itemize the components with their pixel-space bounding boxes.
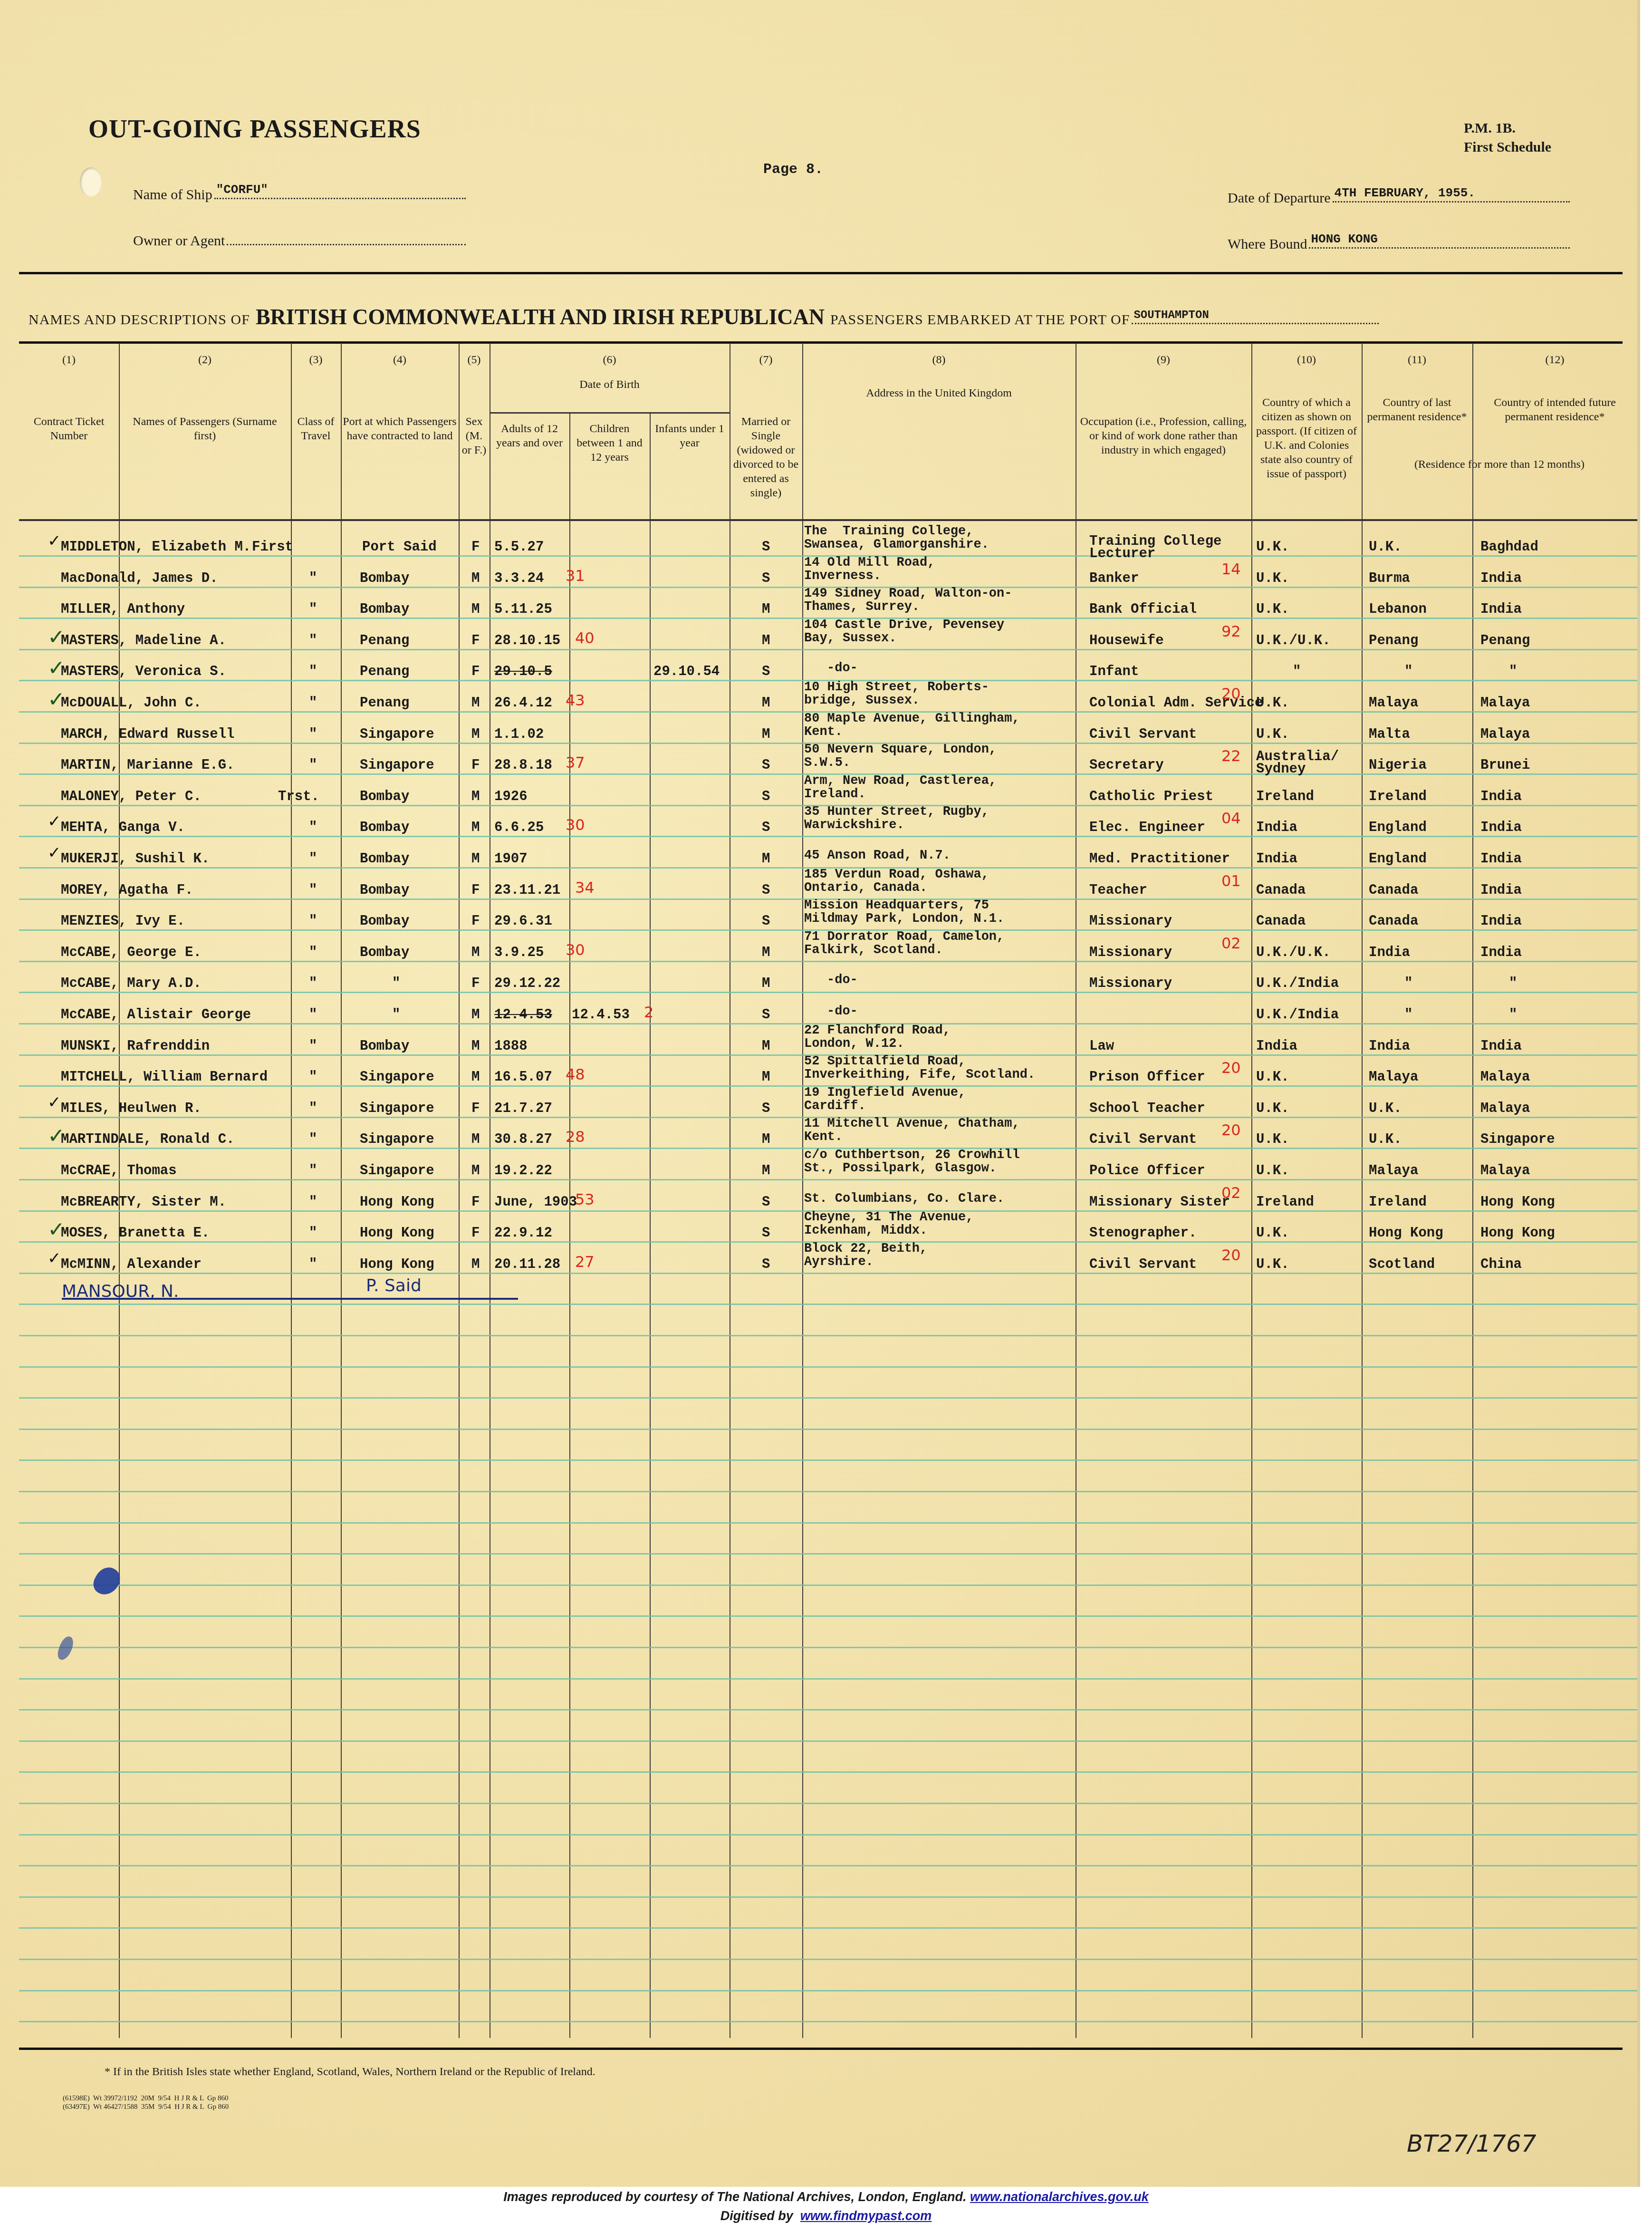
last-residence: " <box>1404 976 1412 991</box>
last-residence: " <box>1404 1007 1412 1023</box>
travel-class: " <box>309 757 317 773</box>
passenger-name: MILES, Heulwen R. <box>61 1101 202 1116</box>
sex: F <box>471 757 480 773</box>
ruled-line <box>19 1990 1637 1991</box>
column-label: Address in the United Kingdom <box>804 386 1074 400</box>
citizenship: U.K. <box>1256 1163 1289 1179</box>
occupation: Elec. Engineer <box>1089 820 1205 835</box>
sex: M <box>471 945 480 960</box>
citizenship: U.K./India <box>1256 1007 1339 1023</box>
marital-status: S <box>762 1007 770 1023</box>
uk-address: 52 Spittalfield Road, Inverkeithing, Fif… <box>804 1055 1035 1082</box>
age-annotation: 43 <box>566 691 585 709</box>
uk-address: 14 Old Mill Road, Inverness. <box>804 556 935 583</box>
landing-port: Penang <box>360 633 409 648</box>
marital-status: M <box>762 601 770 617</box>
future-residence: Malaya <box>1480 1101 1530 1116</box>
landing-port: Bombay <box>360 820 409 835</box>
column-label: Occupation (i.e., Profession, calling, o… <box>1077 415 1249 457</box>
landing-port: Hong Kong <box>360 1256 434 1272</box>
divider <box>19 272 1623 274</box>
last-residence: Hong Kong <box>1369 1225 1443 1241</box>
uk-address: Mission Headquarters, 75 Mildmay Park, L… <box>804 899 1004 926</box>
ruled-line <box>19 1429 1637 1430</box>
marital-status: S <box>762 570 770 586</box>
sex: M <box>471 695 480 711</box>
dob-adult: June, 1903 <box>494 1194 577 1210</box>
future-residence: India <box>1480 789 1522 804</box>
dob-infant: 29.10.54 <box>653 664 720 679</box>
citizenship: U.K. <box>1256 1131 1289 1147</box>
column-number: (5) <box>461 353 488 367</box>
dob-adult: 28.8.18 <box>494 757 552 773</box>
landing-port: Bombay <box>360 601 409 617</box>
column-number: (10) <box>1253 353 1360 367</box>
occupation-annotation: 01 <box>1221 872 1241 890</box>
citizenship: U.K./U.K. <box>1256 633 1331 648</box>
column-header: (2)Names of Passengers (Surname first) <box>121 353 289 443</box>
travel-class: " <box>309 570 317 586</box>
future-residence: India <box>1480 945 1522 960</box>
column-header: (5)Sex (M. or F.) <box>461 353 488 457</box>
passenger-row: ✓MASTERS, Madeline A."PenangF28.10.1540M… <box>19 622 1637 654</box>
uk-address: 11 Mitchell Avenue, Chatham, Kent. <box>804 1117 1020 1144</box>
occupation: Prison Officer <box>1089 1069 1205 1085</box>
uk-address: -do- <box>827 662 858 675</box>
ruled-line <box>19 2021 1637 2022</box>
passenger-table: (1)Contract Ticket Number(2)Names of Pas… <box>19 343 1637 2038</box>
ruled-line <box>19 1896 1637 1898</box>
landing-port: Singapore <box>360 1163 434 1179</box>
travel-class: " <box>309 976 317 991</box>
check-mark-icon: ✓ <box>48 531 61 551</box>
sex: F <box>471 539 480 555</box>
landing-port: Bombay <box>360 570 409 586</box>
future-residence: Hong Kong <box>1480 1225 1555 1241</box>
passenger-name: McCRAE, Thomas <box>61 1163 177 1179</box>
citizenship: India <box>1256 1038 1297 1054</box>
occupation: Missionary Sister <box>1089 1194 1230 1210</box>
travel-class: " <box>309 851 317 867</box>
age-annotation: 34 <box>575 879 595 897</box>
landing-port: Singapore <box>360 726 434 742</box>
sex: F <box>471 664 480 679</box>
future-residence: Malaya <box>1480 695 1530 711</box>
travel-class: " <box>309 1069 317 1085</box>
marital-status: M <box>762 1131 770 1147</box>
uk-address: 50 Nevern Square, London, S.W.5. <box>804 743 997 770</box>
sex: M <box>471 570 480 586</box>
landing-port: Bombay <box>360 882 409 898</box>
citizenship: U.K./U.K. <box>1256 945 1331 960</box>
banner-main: BRITISH COMMONWEALTH AND IRISH REPUBLICA… <box>256 304 825 329</box>
last-residence: U.K. <box>1369 539 1402 555</box>
occupation-annotation: 22 <box>1221 747 1241 765</box>
last-residence: Ireland <box>1369 789 1427 804</box>
column-header: (7)Married or Single (widowed or divorce… <box>731 353 800 500</box>
sex: M <box>471 851 480 867</box>
future-residence: Baghdad <box>1480 539 1538 555</box>
landing-port: Bombay <box>360 945 409 960</box>
passenger-row: McCABE, Mary A.D.""F29.12.22M-do-Mission… <box>19 965 1637 996</box>
ruled-line <box>19 1647 1637 1648</box>
occupation: Stenographer. <box>1089 1225 1197 1241</box>
travel-class: " <box>309 1163 317 1179</box>
owner-label: Owner or Agent <box>133 233 225 249</box>
sex: F <box>471 882 480 898</box>
travel-class: " <box>309 1256 317 1272</box>
marital-status: S <box>762 1194 770 1210</box>
last-residence: Malaya <box>1369 1163 1418 1179</box>
uk-address: Cheyne, 31 The Avenue, Ickenham, Middx. <box>804 1211 973 1237</box>
landing-port: " <box>392 1007 400 1023</box>
column-number: (11) <box>1364 353 1470 367</box>
column-header: (9)Occupation (i.e., Profession, calling… <box>1077 353 1249 457</box>
column-label: Class of Travel <box>293 415 339 443</box>
travel-class: " <box>309 1038 317 1054</box>
landing-port: Penang <box>360 664 409 679</box>
ruled-line <box>19 1615 1637 1617</box>
ruled-line <box>19 1709 1637 1710</box>
travel-class: Trst. <box>278 789 319 804</box>
travel-class: " <box>309 1131 317 1147</box>
dob-adult: 21.7.27 <box>494 1101 552 1116</box>
sex: F <box>471 913 480 929</box>
age-annotation: 31 <box>566 567 585 585</box>
sex: M <box>471 1069 480 1085</box>
occupation-annotation: 20 <box>1221 685 1241 703</box>
dob-child: 12.4.53 <box>572 1007 630 1023</box>
last-residence: Ireland <box>1369 1194 1427 1210</box>
landing-port: Singapore <box>360 1131 434 1147</box>
occupation: Banker <box>1089 570 1139 586</box>
passenger-name: McCABE, George E. <box>61 945 202 960</box>
print-codes: (61598E) Wt 39972/1192 20M 9/54 H J R & … <box>63 2094 229 2111</box>
citizenship: Canada <box>1256 882 1306 898</box>
last-residence: U.K. <box>1369 1101 1402 1116</box>
check-mark-icon: ✓ <box>48 812 61 831</box>
banner-pre: NAMES AND DESCRIPTIONS OF <box>29 312 250 328</box>
uk-address: 22 Flanchford Road, London, W.12. <box>804 1024 951 1051</box>
column-number: (3) <box>293 353 339 367</box>
port-value: SOUTHAMPTON <box>1133 309 1209 322</box>
passenger-name: MITCHELL, William Bernard <box>61 1069 268 1085</box>
marital-status: M <box>762 976 770 991</box>
passenger-name: MARTIN, Marianne E.G. <box>61 757 234 773</box>
credit-line-1: Images reproduced by courtesy of The Nat… <box>0 2190 1652 2204</box>
dob-adult: 5.5.27 <box>494 539 544 555</box>
last-residence: India <box>1369 945 1410 960</box>
travel-class: " <box>309 882 317 898</box>
sex: M <box>471 601 480 617</box>
national-archives-link[interactable]: www.nationalarchives.gov.uk <box>970 2190 1149 2204</box>
uk-address: 149 Sidney Road, Walton-on- Thames, Surr… <box>804 587 1012 614</box>
sex: F <box>471 1194 480 1210</box>
ruled-line <box>19 1491 1637 1492</box>
ship-value: "CORFU" <box>216 183 268 197</box>
occupation-annotation: 92 <box>1221 622 1241 640</box>
occupation: Civil Servant <box>1089 1256 1197 1272</box>
form-number: P.M. 1B. <box>1464 119 1551 138</box>
marital-status: S <box>762 913 770 929</box>
column-label: Country of which a citizen as shown on p… <box>1253 396 1360 481</box>
ruled-line <box>19 1865 1637 1866</box>
citizenship: India <box>1256 851 1297 867</box>
occupation: School Teacher <box>1089 1101 1205 1116</box>
dob-adult: 19.2.22 <box>494 1163 552 1179</box>
column-number: (7) <box>731 353 800 367</box>
check-mark-icon: ✓ <box>48 843 61 862</box>
bound-label: Where Bound <box>1228 236 1307 252</box>
citizenship: U.K. <box>1256 570 1289 586</box>
citizenship: India <box>1256 820 1297 835</box>
uk-address: 104 Castle Drive, Pevensey Bay, Sussex. <box>804 618 1004 645</box>
travel-class: " <box>309 664 317 679</box>
future-residence: India <box>1480 913 1522 929</box>
passenger-name: McBREARTY, Sister M. <box>61 1194 226 1210</box>
travel-class: " <box>309 726 317 742</box>
marital-status: S <box>762 664 770 679</box>
dob-adult: 3.9.25 <box>494 945 544 960</box>
divider <box>19 2048 1623 2050</box>
form-title: OUT-GOING PASSENGERS <box>88 114 421 144</box>
ruled-line <box>19 1459 1637 1461</box>
future-residence: India <box>1480 570 1522 586</box>
sex: M <box>471 1163 480 1179</box>
column-label: Country of intended future permanent res… <box>1474 396 1635 424</box>
passenger-name: MEHTA, Ganga V. <box>61 820 185 835</box>
passenger-name: MILLER, Anthony <box>61 601 185 617</box>
citizenship: U.K. <box>1256 1069 1289 1085</box>
travel-class: First <box>252 539 293 555</box>
passenger-name: MARTINDALE, Ronald C. <box>61 1131 234 1147</box>
occupation: Missionary <box>1089 976 1172 991</box>
dob-adult: 1888 <box>494 1038 528 1054</box>
landing-port: Bombay <box>360 851 409 867</box>
future-residence: " <box>1509 664 1517 679</box>
owner-field: Owner or Agent <box>133 231 466 249</box>
marital-status: S <box>762 539 770 555</box>
ruled-line <box>19 1335 1637 1336</box>
column-number: (1) <box>21 353 117 367</box>
citizenship: U.K. <box>1256 601 1289 617</box>
ship-label: Name of Ship <box>133 187 212 203</box>
bound-value: HONG KONG <box>1311 232 1377 246</box>
last-residence: Canada <box>1369 913 1418 929</box>
passenger-row: McCABE, George E."BombayM3.9.2530M71 Dor… <box>19 934 1637 966</box>
passenger-name: MUNSKI, Rafrenddin <box>61 1038 210 1054</box>
ruled-line <box>19 1678 1637 1680</box>
passenger-name: MUKERJI, Sushil K. <box>61 851 210 867</box>
dob-adult: 23.11.21 <box>494 882 560 898</box>
sex: M <box>471 1038 480 1054</box>
occupation: Infant <box>1089 664 1139 679</box>
uk-address: St. Columbians, Co. Clare. <box>804 1192 1004 1206</box>
last-residence: Lebanon <box>1369 601 1427 617</box>
departure-value: 4TH FEBRUARY, 1955. <box>1335 186 1475 200</box>
strikethrough-line <box>62 1298 518 1300</box>
uk-address: 10 High Street, Roberts- bridge, Sussex. <box>804 681 989 707</box>
last-residence: Malaya <box>1369 1069 1418 1085</box>
page-number: Page 8. <box>763 162 823 178</box>
citizenship: U.K./India <box>1256 976 1339 991</box>
landing-port: Singapore <box>360 757 434 773</box>
passenger-name: McMINN, Alexander <box>61 1256 202 1272</box>
check-mark-icon: ✓ <box>48 1249 61 1268</box>
landing-port: Hong Kong <box>360 1225 434 1241</box>
dob-adult: 16.5.07 <box>494 1069 552 1085</box>
future-residence: Malaya <box>1480 1163 1530 1179</box>
marital-status: S <box>762 820 770 835</box>
banner-post: PASSENGERS EMBARKED AT THE PORT OF <box>830 312 1130 328</box>
ruled-line <box>19 1834 1637 1836</box>
future-residence: India <box>1480 851 1522 867</box>
findmypast-link[interactable]: www.findmypast.com <box>800 2209 932 2223</box>
occupation: Catholic Priest <box>1089 789 1213 804</box>
occupation: Civil Servant <box>1089 1131 1197 1147</box>
column-number: (6) <box>491 353 728 367</box>
citizenship: U.K. <box>1256 1101 1289 1116</box>
marital-status: S <box>762 757 770 773</box>
uk-address: Arm, New Road, Castlerea, Ireland. <box>804 774 997 801</box>
dob-adult: 12.4.53 <box>494 1007 552 1023</box>
travel-class: " <box>309 601 317 617</box>
uk-address: -do- <box>827 1005 858 1018</box>
last-residence: Malta <box>1369 726 1410 742</box>
ship-field: Name of Ship "CORFU" <box>133 184 466 203</box>
landing-port: Bombay <box>360 1038 409 1054</box>
occupation: Police Officer <box>1089 1163 1205 1179</box>
occupation: Med. Practitioner <box>1089 851 1230 867</box>
marital-status: S <box>762 789 770 804</box>
ruled-line <box>19 1740 1637 1742</box>
occupation-annotation: 20 <box>1221 1121 1241 1139</box>
last-residence: Penang <box>1369 633 1418 648</box>
future-residence: " <box>1509 976 1517 991</box>
age-annotation: 2 <box>644 1003 653 1021</box>
ruled-line <box>19 1585 1637 1586</box>
future-residence: Hong Kong <box>1480 1194 1555 1210</box>
future-residence: India <box>1480 820 1522 835</box>
sex: M <box>471 1256 480 1272</box>
check-mark-icon: ✓ <box>48 1093 61 1112</box>
occupation: Secretary <box>1089 757 1164 773</box>
column-label: Contract Ticket Number <box>21 415 117 443</box>
landing-port: Penang <box>360 695 409 711</box>
dob-adult: 3.3.24 <box>494 570 544 586</box>
departure-field: Date of Departure 4TH FEBRUARY, 1955. <box>1228 188 1570 206</box>
landing-port: Bombay <box>360 789 409 804</box>
age-annotation: 28 <box>566 1128 585 1146</box>
uk-address: Block 22, Beith, Ayrshire. <box>804 1242 927 1269</box>
marital-status: S <box>762 1225 770 1241</box>
sex: M <box>471 726 480 742</box>
occupation: Law <box>1089 1038 1114 1054</box>
column-label: Married or Single (widowed or divorced t… <box>731 415 800 500</box>
uk-address: -do- <box>827 974 858 987</box>
occupation: Housewife <box>1089 633 1164 648</box>
future-residence: Singapore <box>1480 1131 1555 1147</box>
column-label: Sex (M. or F.) <box>461 415 488 457</box>
occupation: Civil Servant <box>1089 726 1197 742</box>
column-header: (11)Country of last permanent residence* <box>1364 353 1470 424</box>
ruled-line <box>19 1553 1637 1555</box>
schedule-label: First Schedule <box>1464 138 1551 157</box>
passenger-name: MARCH, Edward Russell <box>61 726 234 742</box>
departure-label: Date of Departure <box>1228 190 1331 206</box>
marital-status: M <box>762 851 770 867</box>
citizenship: U.K. <box>1256 1225 1289 1241</box>
dob-adult: 29.12.22 <box>494 976 560 991</box>
marital-status: M <box>762 1038 770 1054</box>
passenger-name: MOREY, Agatha F. <box>61 882 193 898</box>
occupation: Teacher <box>1089 882 1147 898</box>
passenger-row: ✓MEHTA, Ganga V."BombayM6.6.2530S35 Hunt… <box>19 809 1637 841</box>
age-annotation: 30 <box>566 816 585 834</box>
passenger-name: MacDonald, James D. <box>61 570 218 586</box>
occupation: Missionary <box>1089 945 1172 960</box>
sex: M <box>471 1007 480 1023</box>
column-label: Port at which Passengers have contracted… <box>343 415 457 443</box>
bound-field: Where Bound HONG KONG <box>1228 234 1570 252</box>
last-residence: England <box>1369 851 1427 867</box>
occupation: Training College Lecturer <box>1089 535 1221 560</box>
travel-class: " <box>309 1194 317 1210</box>
struck-passenger-port: P. Said <box>366 1276 422 1295</box>
marital-status: M <box>762 945 770 960</box>
landing-port: " <box>392 976 400 991</box>
passenger-name: McDOUALL, John C. <box>61 695 202 711</box>
sex: M <box>471 1131 480 1147</box>
marital-status: M <box>762 1163 770 1179</box>
ruled-line <box>19 1522 1637 1524</box>
future-residence: Penang <box>1480 633 1530 648</box>
future-residence: Malaya <box>1480 726 1530 742</box>
last-residence: Scotland <box>1369 1256 1435 1272</box>
passenger-name: MIDDLETON, Elizabeth M. <box>61 539 251 555</box>
column-label: Names of Passengers (Surname first) <box>121 415 289 443</box>
sex: M <box>471 789 480 804</box>
citizenship: U.K. <box>1256 695 1289 711</box>
uk-address: 19 Inglefield Avenue, Cardiff. <box>804 1086 966 1113</box>
dob-adult: 1926 <box>494 789 528 804</box>
dob-subheader: Infants under 1 year <box>652 422 728 450</box>
ruled-line <box>19 1959 1637 1960</box>
marital-status: S <box>762 882 770 898</box>
uk-address: 80 Maple Avenue, Gillingham, Kent. <box>804 712 1020 739</box>
dob-adult: 22.9.12 <box>494 1225 552 1241</box>
passenger-row: McCRAE, Thomas"SingaporeM19.2.22Mc/o Cut… <box>19 1152 1637 1184</box>
travel-class: " <box>309 1101 317 1116</box>
future-residence: India <box>1480 1038 1522 1054</box>
citizenship: U.K. <box>1256 726 1289 742</box>
sex: F <box>471 1101 480 1116</box>
landing-port: Singapore <box>360 1101 434 1116</box>
column-header: (3)Class of Travel <box>293 353 339 443</box>
passenger-name: MASTERS, Madeline A. <box>61 633 226 648</box>
future-residence: Malaya <box>1480 1069 1530 1085</box>
uk-address: c/o Cuthbertson, 26 Crowhill St., Possil… <box>804 1149 1020 1175</box>
occupation-annotation: 20 <box>1221 1246 1241 1264</box>
punch-hole <box>80 167 102 197</box>
landing-port: Port Said <box>362 539 437 555</box>
citizenship: U.K. <box>1256 539 1289 555</box>
last-residence: India <box>1369 1038 1410 1054</box>
passenger-name: MENZIES, Ivy E. <box>61 913 185 929</box>
column-number: (4) <box>343 353 457 367</box>
dob-subheader: Children between 1 and 12 years <box>571 422 648 464</box>
residence-note: (Residence for more than 12 months) <box>1364 457 1635 472</box>
